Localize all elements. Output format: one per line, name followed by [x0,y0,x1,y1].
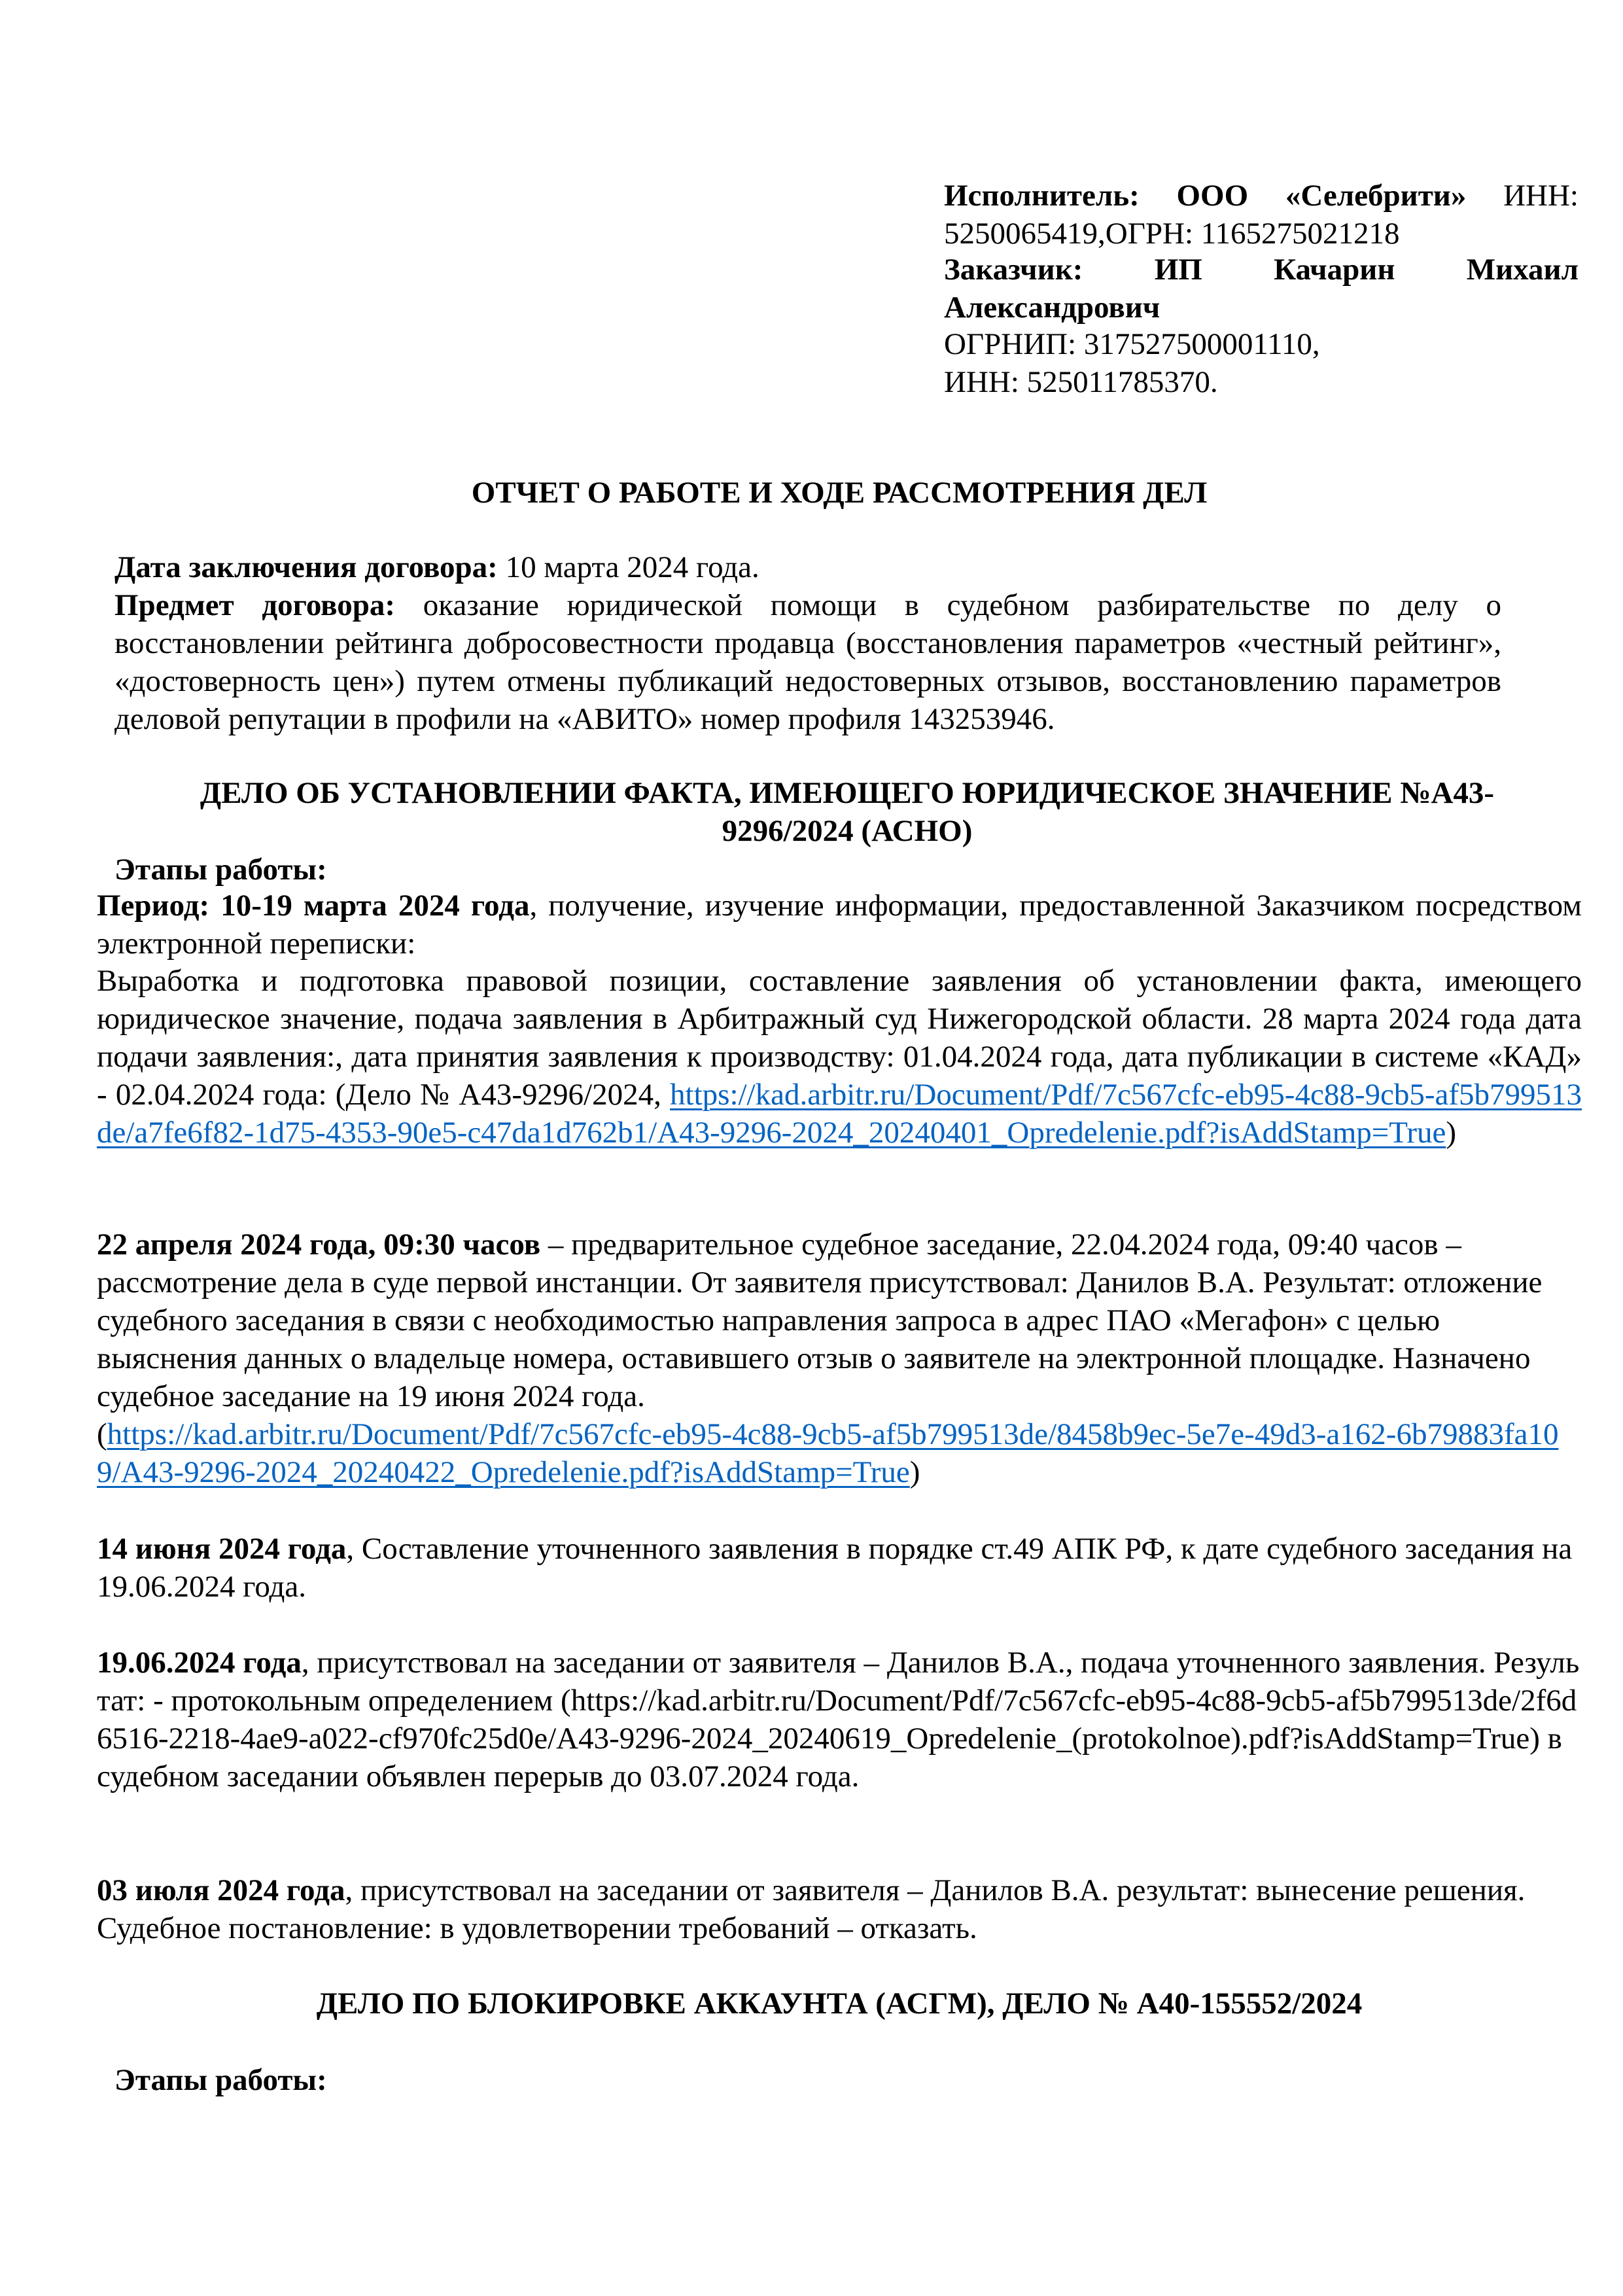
entry-text-after: ) [910,1455,920,1489]
case2-heading: ДЕЛО ПО БЛОКИРОВКЕ АККАУНТА (АСГМ), ДЕЛО… [97,1985,1582,2022]
customer-inn: ИНН: 525011785370. [944,363,1579,401]
case2-stages-label: Этапы работы: [114,2061,638,2099]
case1-entry-april: 22 апреля 2024 года, 09:30 часов – предв… [97,1226,1582,1491]
executor-block: Исполнитель: ООО «Селебрити» ИНН: 525006… [944,177,1579,253]
entry-date: 22 апреля 2024 года, 09:30 часов [97,1227,540,1262]
entry-date: 19.06.2024 года [97,1646,302,1680]
entry-text-after: ) [1446,1116,1456,1150]
contract-subject-label: Предмет договора: [114,588,395,622]
entry-date: Период: 10-19 марта 2024 года [97,889,529,923]
entry-text-before: ( [97,1417,107,1451]
customer-label: Заказчик: ИП Качарин Михаил Александрови… [944,253,1579,325]
entry-text: , присутствовал на заседании от заявител… [97,1646,1579,1793]
document-page: Исполнитель: ООО «Селебрити» ИНН: 525006… [0,0,1623,2296]
case1-heading: ДЕЛО ОБ УСТАНОВЛЕНИИ ФАКТА, ИМЕЮЩЕГО ЮРИ… [150,774,1544,850]
customer-ogrnip: ОГРНИП: 317527500001110, [944,325,1579,363]
case1-entry-july03: 03 июля 2024 года, присутствовал на засе… [97,1871,1582,1947]
kad-document-link[interactable]: https://kad.arbitr.ru/Document/Pdf/7c567… [97,1417,1558,1489]
case1-stages-label: Этапы работы: [114,851,638,889]
report-title: ОТЧЕТ О РАБОТЕ И ХОДЕ РАССМОТРЕНИЯ ДЕЛ [97,474,1582,512]
executor-label: Исполнитель: ООО «Селебрити» [944,179,1466,213]
entry-date: 03 июля 2024 года [97,1873,345,1907]
case1-entry-period: Период: 10-19 марта 2024 года, получение… [97,887,1582,963]
case1-entry-filing: Выработка и подготовка правовой позиции,… [97,962,1582,1152]
contract-date: Дата заключения договора: 10 марта 2024 … [114,548,1501,586]
case1-entry-june19: 19.06.2024 года, присутствовал на заседа… [97,1644,1582,1795]
entry-date: 14 июня 2024 года [97,1532,346,1566]
contract-date-label: Дата заключения договора: [114,550,498,584]
contract-date-value: 10 марта 2024 года. [498,550,759,584]
contract-subject: Предмет договора: оказание юридической п… [114,586,1501,738]
case1-entry-june14: 14 июня 2024 года, Составление уточненно… [97,1530,1582,1606]
customer-block: Заказчик: ИП Качарин Михаил Александрови… [944,251,1579,327]
